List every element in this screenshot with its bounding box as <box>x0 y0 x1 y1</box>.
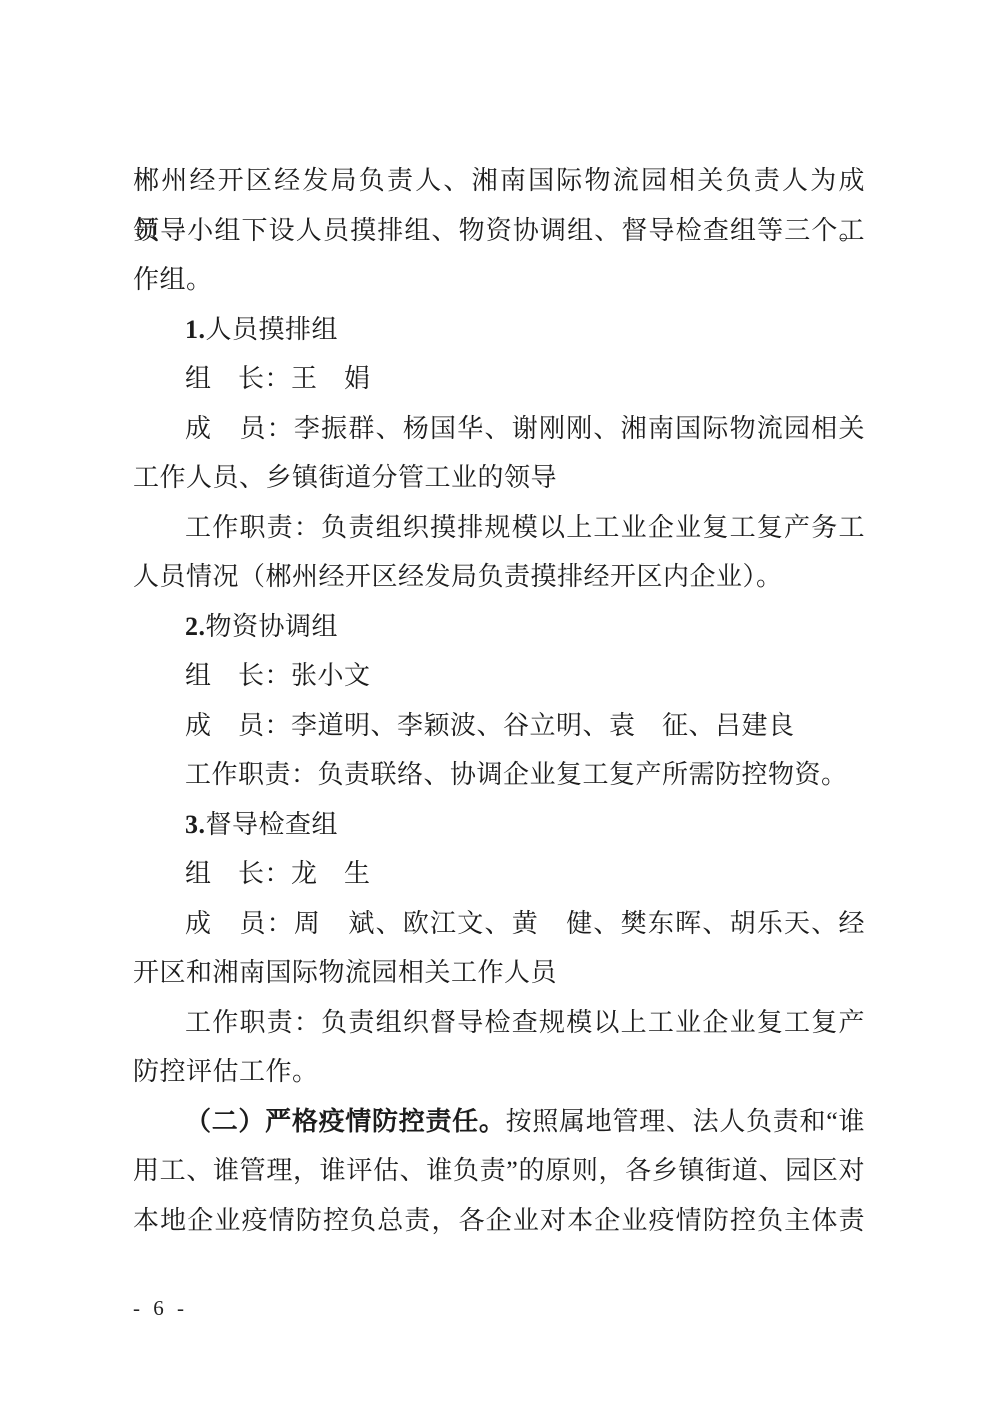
text-line: 组 长：张小文 <box>133 651 865 701</box>
text-line: 1.人员摸排组 <box>133 305 865 355</box>
text-line: 防控评估工作。 <box>133 1047 865 1097</box>
bold-run: 3. <box>185 810 206 839</box>
bold-run: （二）严格疫情防控责任。 <box>185 1107 506 1136</box>
text-line: 成 员：李道明、李颖波、谷立明、袁 征、吕建良 <box>133 701 865 751</box>
text-line: 3.督导检查组 <box>133 800 865 850</box>
text-line: 成 员：李振群、杨国华、谢刚刚、湘南国际物流园相关 <box>133 404 865 454</box>
text-line: 郴州经开区经发局负责人、湘南国际物流园相关负责人为成员。 <box>133 156 865 206</box>
text-line: 成 员：周 斌、欧江文、黄 健、樊东晖、胡乐天、经 <box>133 899 865 949</box>
text-line: 2.物资协调组 <box>133 602 865 652</box>
text-line: （二）严格疫情防控责任。按照属地管理、法人负责和“谁 <box>133 1097 865 1147</box>
bold-run: 1. <box>185 315 206 344</box>
text-line: 组 长：王 娟 <box>133 354 865 404</box>
document-page: 郴州经开区经发局负责人、湘南国际物流园相关负责人为成员。领导小组下设人员摸排组、… <box>0 0 992 1403</box>
document-body: 郴州经开区经发局负责人、湘南国际物流园相关负责人为成员。领导小组下设人员摸排组、… <box>133 156 865 1245</box>
text-line: 作组。 <box>133 255 865 305</box>
text-line: 工作职责：负责组织督导检查规模以上工业企业复工复产 <box>133 998 865 1048</box>
page-number: - 6 - <box>133 1296 188 1321</box>
text-line: 组 长：龙 生 <box>133 849 865 899</box>
text-line: 用工、谁管理，谁评估、谁负责”的原则，各乡镇街道、园区对 <box>133 1146 865 1196</box>
text-line: 人员情况（郴州经开区经发局负责摸排经开区内企业）。 <box>133 552 865 602</box>
text-line: 开区和湘南国际物流园相关工作人员 <box>133 948 865 998</box>
text-line: 工作人员、乡镇街道分管工业的领导 <box>133 453 865 503</box>
text-line: 本地企业疫情防控负总责，各企业对本企业疫情防控负主体责 <box>133 1196 865 1246</box>
text-line: 领导小组下设人员摸排组、物资协调组、督导检查组等三个工 <box>133 206 865 256</box>
text-line: 工作职责：负责联络、协调企业复工复产所需防控物资。 <box>133 750 865 800</box>
text-line: 工作职责：负责组织摸排规模以上工业企业复工复产务工 <box>133 503 865 553</box>
bold-run: 2. <box>185 612 206 641</box>
